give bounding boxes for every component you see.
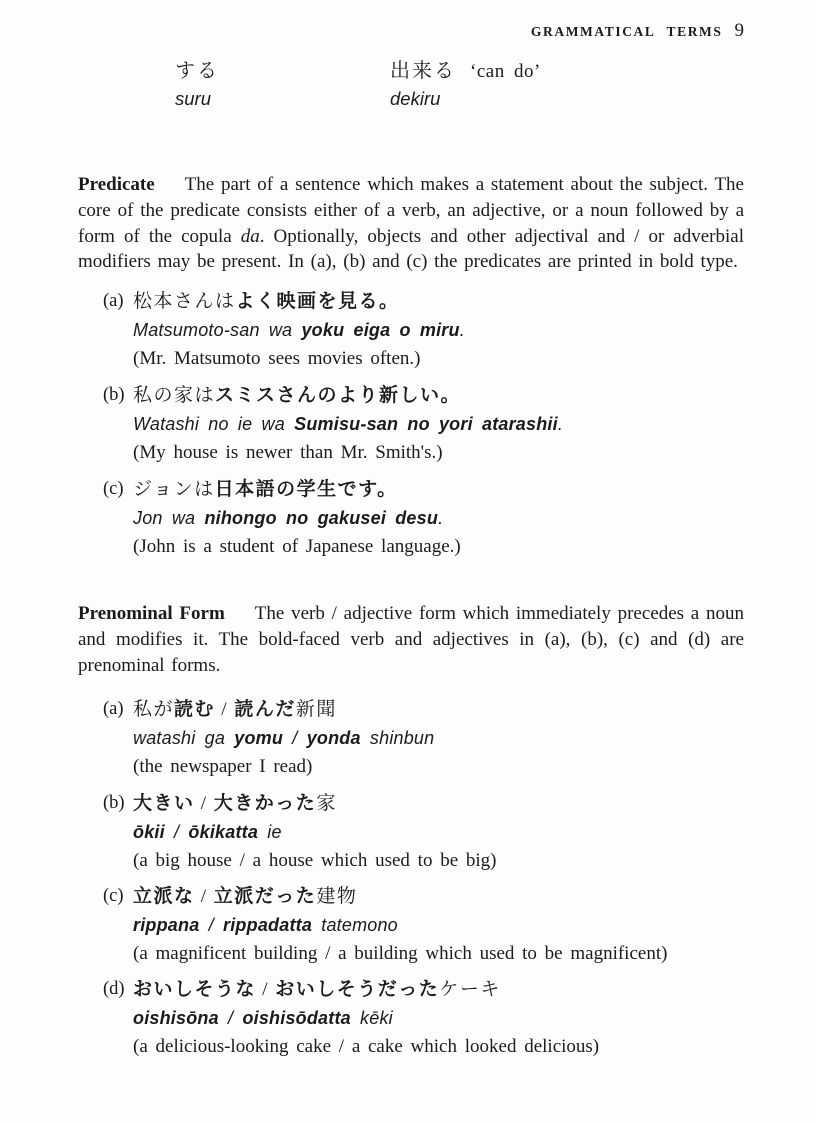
- example-gloss: (My house is newer than Mr. Smith's.): [133, 438, 744, 467]
- example-gloss: (the newspaper I read): [133, 752, 744, 781]
- example-prenominal-d: (d) おいしそうな / おいしそうだったケーキ oishisōna / ois…: [103, 975, 744, 1061]
- example-romaji: ōkii / ōkikatta ie: [133, 818, 744, 846]
- example-japanese: 松本さんはよく映画を見る。: [133, 287, 744, 316]
- example-label: (a): [103, 695, 133, 781]
- definition-predicate-text: The part of a sentence which makes a sta…: [78, 174, 744, 272]
- example-romaji: Matsumoto-san wa yoku eiga o miru.: [133, 316, 744, 344]
- example-label: (a): [103, 287, 133, 373]
- example-romaji: oishisōna / oishisōdatta kēki: [133, 1004, 744, 1032]
- example-japanese: 私が読む / 読んだ新聞: [133, 695, 744, 724]
- example-japanese: ジョンは日本語の学生です。: [133, 475, 744, 504]
- page-number: 9: [735, 20, 745, 41]
- conjugation-right: 出来る‘can do’ dekiru: [390, 58, 541, 112]
- example-romaji: rippana / rippadatta tatemono: [133, 911, 744, 939]
- example-body: 大きい / 大きかった家 ōkii / ōkikatta ie (a big h…: [133, 789, 744, 875]
- prenominal-examples: (a) 私が読む / 読んだ新聞 watashi ga yomu / yonda…: [103, 695, 744, 1061]
- example-japanese: 大きい / 大きかった家: [133, 789, 744, 818]
- conjugation-left-japanese: する: [175, 58, 390, 85]
- example-body: 松本さんはよく映画を見る。 Matsumoto-san wa yoku eiga…: [133, 287, 744, 373]
- conjugation-right-romaji: dekiru: [390, 85, 541, 112]
- predicate-examples: (a) 松本さんはよく映画を見る。 Matsumoto-san wa yoku …: [103, 287, 744, 561]
- example-gloss: (Mr. Matsumoto sees movies often.): [133, 344, 744, 373]
- example-gloss: (a big house / a house which used to be …: [133, 846, 744, 875]
- example-japanese: 立派な / 立派だった建物: [133, 882, 744, 911]
- example-japanese: 私の家はスミスさんのより新しい。: [133, 381, 744, 410]
- example-prenominal-c: (c) 立派な / 立派だった建物 rippana / rippadatta t…: [103, 882, 744, 968]
- example-label: (d): [103, 975, 133, 1061]
- example-gloss: (John is a student of Japanese language.…: [133, 532, 744, 561]
- conjugation-block: する suru 出来る‘can do’ dekiru: [175, 58, 744, 112]
- definition-prenominal-form: Prenominal FormThe verb / adjective form…: [78, 601, 744, 678]
- example-gloss: (a magnificent building / a building whi…: [133, 939, 744, 968]
- page-content: GRAMMATICAL TERMS9 する suru 出来る‘can do’ d…: [78, 0, 744, 1061]
- example-predicate-c: (c) ジョンは日本語の学生です。 Jon wa nihongo no gaku…: [103, 475, 744, 561]
- example-romaji: Jon wa nihongo no gakusei desu.: [133, 504, 744, 532]
- example-body: 私が読む / 読んだ新聞 watashi ga yomu / yonda shi…: [133, 695, 744, 781]
- example-prenominal-a: (a) 私が読む / 読んだ新聞 watashi ga yomu / yonda…: [103, 695, 744, 781]
- example-label: (b): [103, 789, 133, 875]
- page-header: GRAMMATICAL TERMS9: [78, 20, 744, 42]
- term-predicate: Predicate: [78, 174, 155, 195]
- example-label: (c): [103, 882, 133, 968]
- example-japanese: おいしそうな / おいしそうだったケーキ: [133, 975, 744, 1004]
- example-label: (c): [103, 475, 133, 561]
- conjugation-left: する suru: [175, 58, 390, 112]
- example-romaji: Watashi no ie wa Sumisu-san no yori atar…: [133, 410, 744, 438]
- conjugation-right-japanese: 出来る: [390, 60, 456, 82]
- example-body: 立派な / 立派だった建物 rippana / rippadatta tatem…: [133, 882, 744, 968]
- example-predicate-a: (a) 松本さんはよく映画を見る。 Matsumoto-san wa yoku …: [103, 287, 744, 373]
- definition-predicate: PredicateThe part of a sentence which ma…: [78, 172, 744, 275]
- running-head: GRAMMATICAL TERMS: [531, 24, 723, 39]
- example-predicate-b: (b) 私の家はスミスさんのより新しい。 Watashi no ie wa Su…: [103, 381, 744, 467]
- example-body: 私の家はスミスさんのより新しい。 Watashi no ie wa Sumisu…: [133, 381, 744, 467]
- example-body: ジョンは日本語の学生です。 Jon wa nihongo no gakusei …: [133, 475, 744, 561]
- conjugation-right-gloss: ‘can do’: [470, 61, 541, 82]
- example-body: おいしそうな / おいしそうだったケーキ oishisōna / oishisō…: [133, 975, 744, 1061]
- example-gloss: (a delicious-looking cake / a cake which…: [133, 1032, 744, 1061]
- example-label: (b): [103, 381, 133, 467]
- conjugation-right-line1: 出来る‘can do’: [390, 58, 541, 85]
- example-prenominal-b: (b) 大きい / 大きかった家 ōkii / ōkikatta ie (a b…: [103, 789, 744, 875]
- example-romaji: watashi ga yomu / yonda shinbun: [133, 724, 744, 752]
- conjugation-left-romaji: suru: [175, 85, 390, 112]
- term-prenominal-form: Prenominal Form: [78, 603, 225, 624]
- book-page: GRAMMATICAL TERMS9 する suru 出来る‘can do’ d…: [0, 0, 816, 1123]
